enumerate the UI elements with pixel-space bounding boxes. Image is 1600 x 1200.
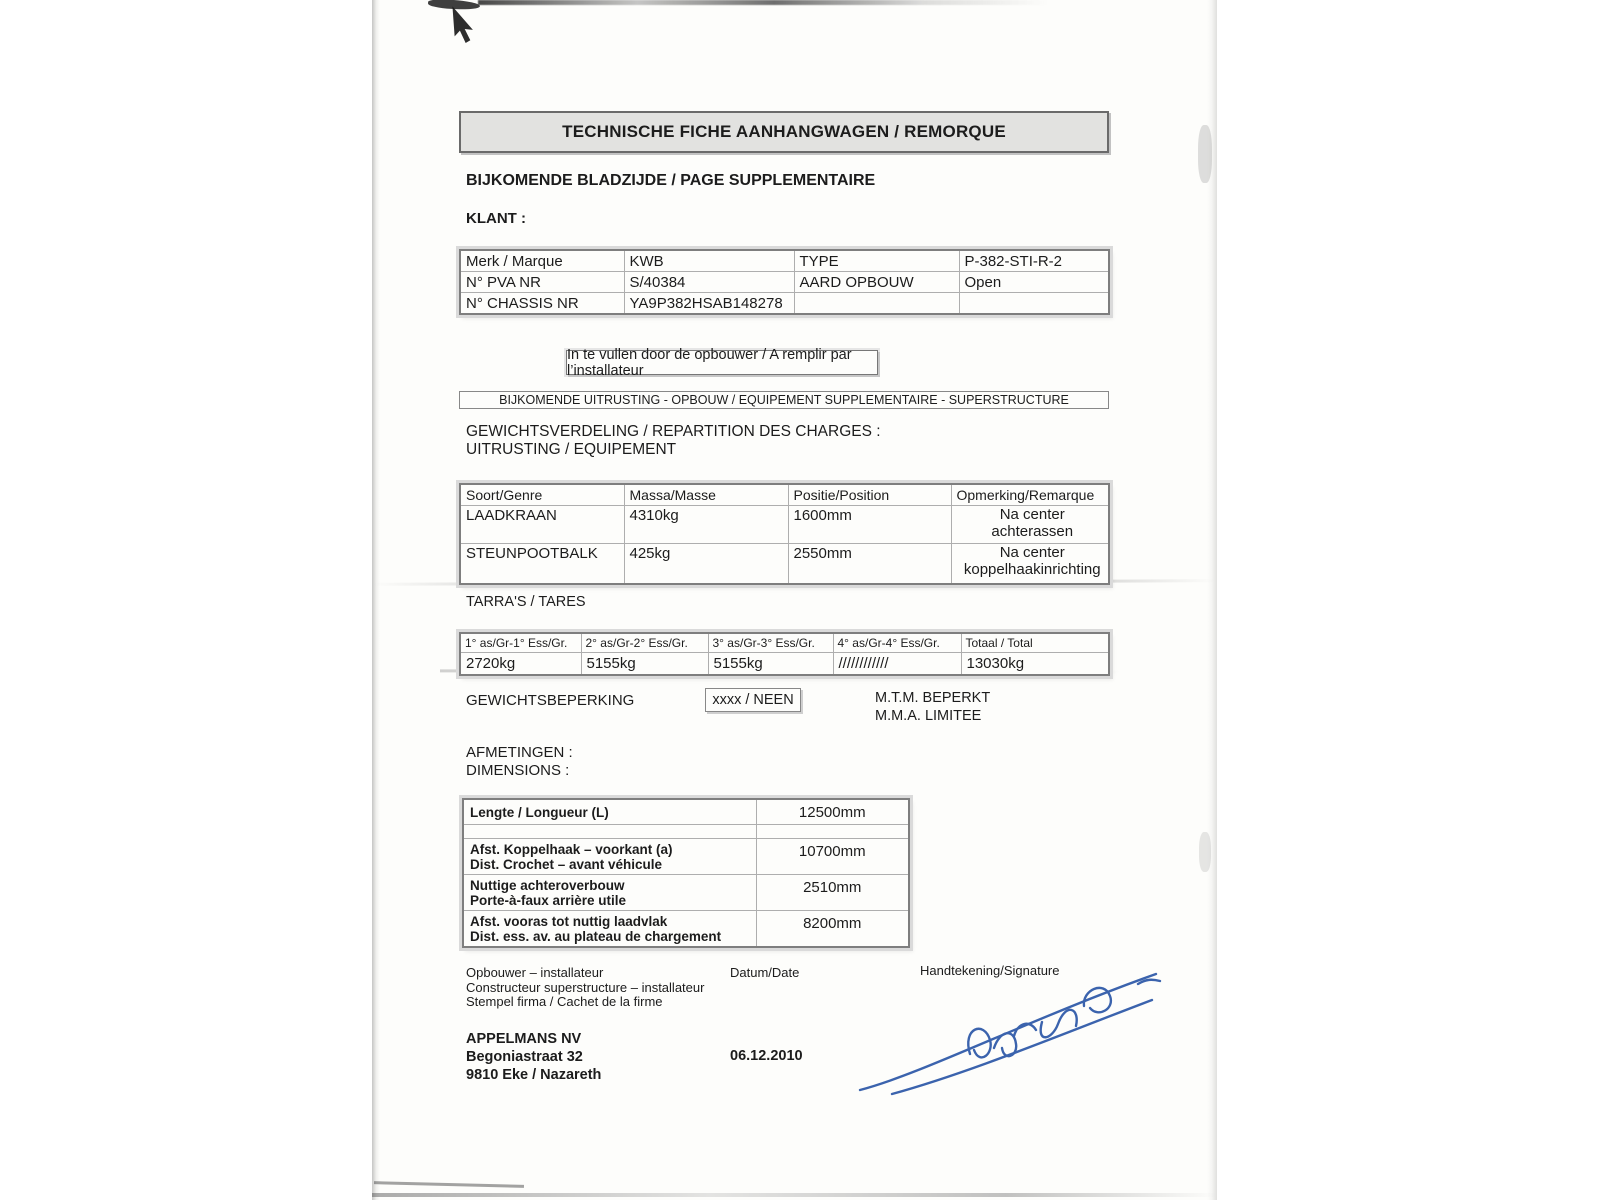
- dim-value: 10700mm: [756, 839, 909, 875]
- date-value: 06.12.2010: [730, 1048, 803, 1064]
- dim-label: Afst. Koppelhaak – voorkant (a) Dist. Cr…: [463, 839, 756, 875]
- id-label-type: TYPE: [794, 250, 959, 272]
- dimensions-heading-line2: DIMENSIONS :: [466, 762, 569, 779]
- table-row: Nuttige achteroverbouw Porte-à-faux arri…: [463, 875, 909, 911]
- equip-positie: 2550mm: [788, 544, 951, 585]
- opmerking-line2: koppelhaakinrichting: [957, 561, 1109, 578]
- company-address-block: APPELMANS NV Begoniastraat 32 9810 Eke /…: [466, 1030, 601, 1084]
- tare-total: 13030kg: [961, 653, 1109, 676]
- tares-heading: TARRA'S / TARES: [466, 594, 586, 610]
- tares-table: 1° as/Gr-1° Ess/Gr. 2° as/Gr-2° Ess/Gr. …: [459, 632, 1110, 676]
- paper-right-edge-shadow: [1207, 0, 1217, 1200]
- tare-axle4: ////////////: [833, 653, 961, 676]
- scanned-document-canvas: TECHNISCHE FICHE AANHANGWAGEN / REMORQUE…: [0, 0, 1600, 1200]
- equip-massa: 425kg: [624, 544, 788, 585]
- client-label: KLANT :: [466, 210, 526, 227]
- equipment-table: Soort/Genre Massa/Masse Positie/Position…: [459, 483, 1110, 585]
- equip-massa: 4310kg: [624, 506, 788, 544]
- id-value-chassis: YA9P382HSAB148278: [624, 293, 794, 315]
- paper-left-edge-shadow: [372, 0, 380, 1200]
- col-header-positie: Positie/Position: [788, 484, 951, 506]
- dim-value: 2510mm: [756, 875, 909, 911]
- date-label: Datum/Date: [730, 966, 799, 981]
- equip-soort: STEUNPOOTBALK: [460, 544, 624, 585]
- dim-value: 8200mm: [756, 911, 909, 948]
- company-city: 9810 Eke / Nazareth: [466, 1066, 601, 1084]
- equip-opmerking: Na center achterassen: [951, 506, 1109, 544]
- table-row: STEUNPOOTBALK 425kg 2550mm Na center kop…: [460, 544, 1109, 585]
- table-header-row: Soort/Genre Massa/Masse Positie/Position…: [460, 484, 1109, 506]
- col-header-opmerking: Opmerking/Remarque: [951, 484, 1109, 506]
- dim-value: 12500mm: [756, 799, 909, 825]
- id-label-merk: Merk / Marque: [460, 250, 624, 272]
- page-subtitle: BIJKOMENDE BLADZIJDE / PAGE SUPPLEMENTAI…: [466, 172, 875, 190]
- installer-note-box: In te vullen door de opbouwer / A rempli…: [566, 350, 878, 375]
- dim-label-line2: Porte-à-faux arrière utile: [470, 893, 756, 908]
- id-label-chassis: N° CHASSIS NR: [460, 293, 624, 315]
- dim-label: Afst. vooras tot nuttig laadvlak Dist. e…: [463, 911, 756, 948]
- col-header-axle4: 4° as/Gr-4° Ess/Gr.: [833, 633, 961, 653]
- col-header-axle3: 3° as/Gr-3° Ess/Gr.: [708, 633, 833, 653]
- table-row: Afst. Koppelhaak – voorkant (a) Dist. Cr…: [463, 839, 909, 875]
- col-header-axle1: 1° as/Gr-1° Ess/Gr.: [460, 633, 581, 653]
- tare-axle3: 5155kg: [708, 653, 833, 676]
- dim-label: Nuttige achteroverbouw Porte-à-faux arri…: [463, 875, 756, 911]
- col-header-axle2: 2° as/Gr-2° Ess/Gr.: [581, 633, 708, 653]
- page-title: TECHNISCHE FICHE AANHANGWAGEN / REMORQUE: [562, 122, 1006, 142]
- id-label-pva: N° PVA NR: [460, 272, 624, 293]
- table-row: Lengte / Longueur (L) 12500mm: [463, 799, 909, 825]
- dim-label-line2: Dist. ess. av. au plateau de chargement: [470, 929, 756, 944]
- weight-restriction-label: GEWICHTSBEPERKING: [466, 692, 634, 709]
- table-spacer-row: [463, 825, 909, 839]
- id-label-aard: AARD OPBOUW: [794, 272, 959, 293]
- opmerking-line2: achterassen: [957, 523, 1109, 540]
- opmerking-line1: Na center: [957, 506, 1109, 523]
- dimensions-table: Lengte / Longueur (L) 12500mm Afst. Kopp…: [462, 798, 910, 948]
- dim-label-line1: Nuttige achteroverbouw: [470, 878, 756, 893]
- paper-bottom-edge-shadow: [372, 1193, 1217, 1197]
- table-row: 2720kg 5155kg 5155kg //////////// 13030k…: [460, 653, 1109, 676]
- builder-line2: Constructeur superstructure – installate…: [466, 981, 704, 996]
- superstructure-banner: BIJKOMENDE UITRUSTING - OPBOUW / EQUIPEM…: [459, 391, 1109, 409]
- table-row: LAADKRAAN 4310kg 1600mm Na center achter…: [460, 506, 1109, 544]
- company-street: Begoniastraat 32: [466, 1048, 601, 1066]
- id-value-aard: Open: [959, 272, 1109, 293]
- col-header-soort: Soort/Genre: [460, 484, 624, 506]
- builder-line1: Opbouwer – installateur: [466, 966, 704, 981]
- weight-restriction-value-box: xxxx / NEEN: [705, 688, 801, 712]
- id-value-pva: S/40384: [624, 272, 794, 293]
- weight-restriction-note1: M.T.M. BEPERKT: [875, 690, 990, 706]
- table-row: N° CHASSIS NR YA9P382HSAB148278: [460, 293, 1109, 315]
- col-header-total: Totaal / Total: [961, 633, 1109, 653]
- handwritten-signature: [852, 962, 1164, 1100]
- dim-label-line1: Afst. vooras tot nuttig laadvlak: [470, 914, 756, 929]
- weight-restriction-note2: M.M.A. LIMITEE: [875, 708, 981, 724]
- table-row: Merk / Marque KWB TYPE P-382-STI-R-2: [460, 250, 1109, 272]
- id-empty-cell: [794, 293, 959, 315]
- id-value-type: P-382-STI-R-2: [959, 250, 1109, 272]
- dim-label-line1: Afst. Koppelhaak – voorkant (a): [470, 842, 756, 857]
- document-title-bar: TECHNISCHE FICHE AANHANGWAGEN / REMORQUE: [459, 111, 1109, 153]
- dim-label: Lengte / Longueur (L): [463, 799, 756, 825]
- tare-axle1: 2720kg: [460, 653, 581, 676]
- dim-label-line2: Dist. Crochet – avant véhicule: [470, 857, 756, 872]
- table-header-row: 1° as/Gr-1° Ess/Gr. 2° as/Gr-2° Ess/Gr. …: [460, 633, 1109, 653]
- table-row: Afst. vooras tot nuttig laadvlak Dist. e…: [463, 911, 909, 948]
- weights-heading-line1: GEWICHTSVERDELING / REPARTITION DES CHAR…: [466, 423, 881, 441]
- equip-soort: LAADKRAAN: [460, 506, 624, 544]
- weights-heading-line2: UITRUSTING / EQUIPEMENT: [466, 441, 676, 459]
- opmerking-line1: Na center: [957, 544, 1109, 561]
- col-header-massa: Massa/Masse: [624, 484, 788, 506]
- equip-opmerking: Na center koppelhaakinrichting: [951, 544, 1109, 585]
- id-empty-cell: [959, 293, 1109, 315]
- company-name: APPELMANS NV: [466, 1030, 601, 1048]
- equip-positie: 1600mm: [788, 506, 951, 544]
- id-value-merk: KWB: [624, 250, 794, 272]
- vehicle-id-table: Merk / Marque KWB TYPE P-382-STI-R-2 N° …: [459, 249, 1110, 315]
- table-row: N° PVA NR S/40384 AARD OPBOUW Open: [460, 272, 1109, 293]
- tare-axle2: 5155kg: [581, 653, 708, 676]
- dimensions-heading-line1: AFMETINGEN :: [466, 744, 573, 761]
- builder-line3: Stempel firma / Cachet de la firme: [466, 995, 704, 1010]
- builder-label-block: Opbouwer – installateur Constructeur sup…: [466, 966, 704, 1010]
